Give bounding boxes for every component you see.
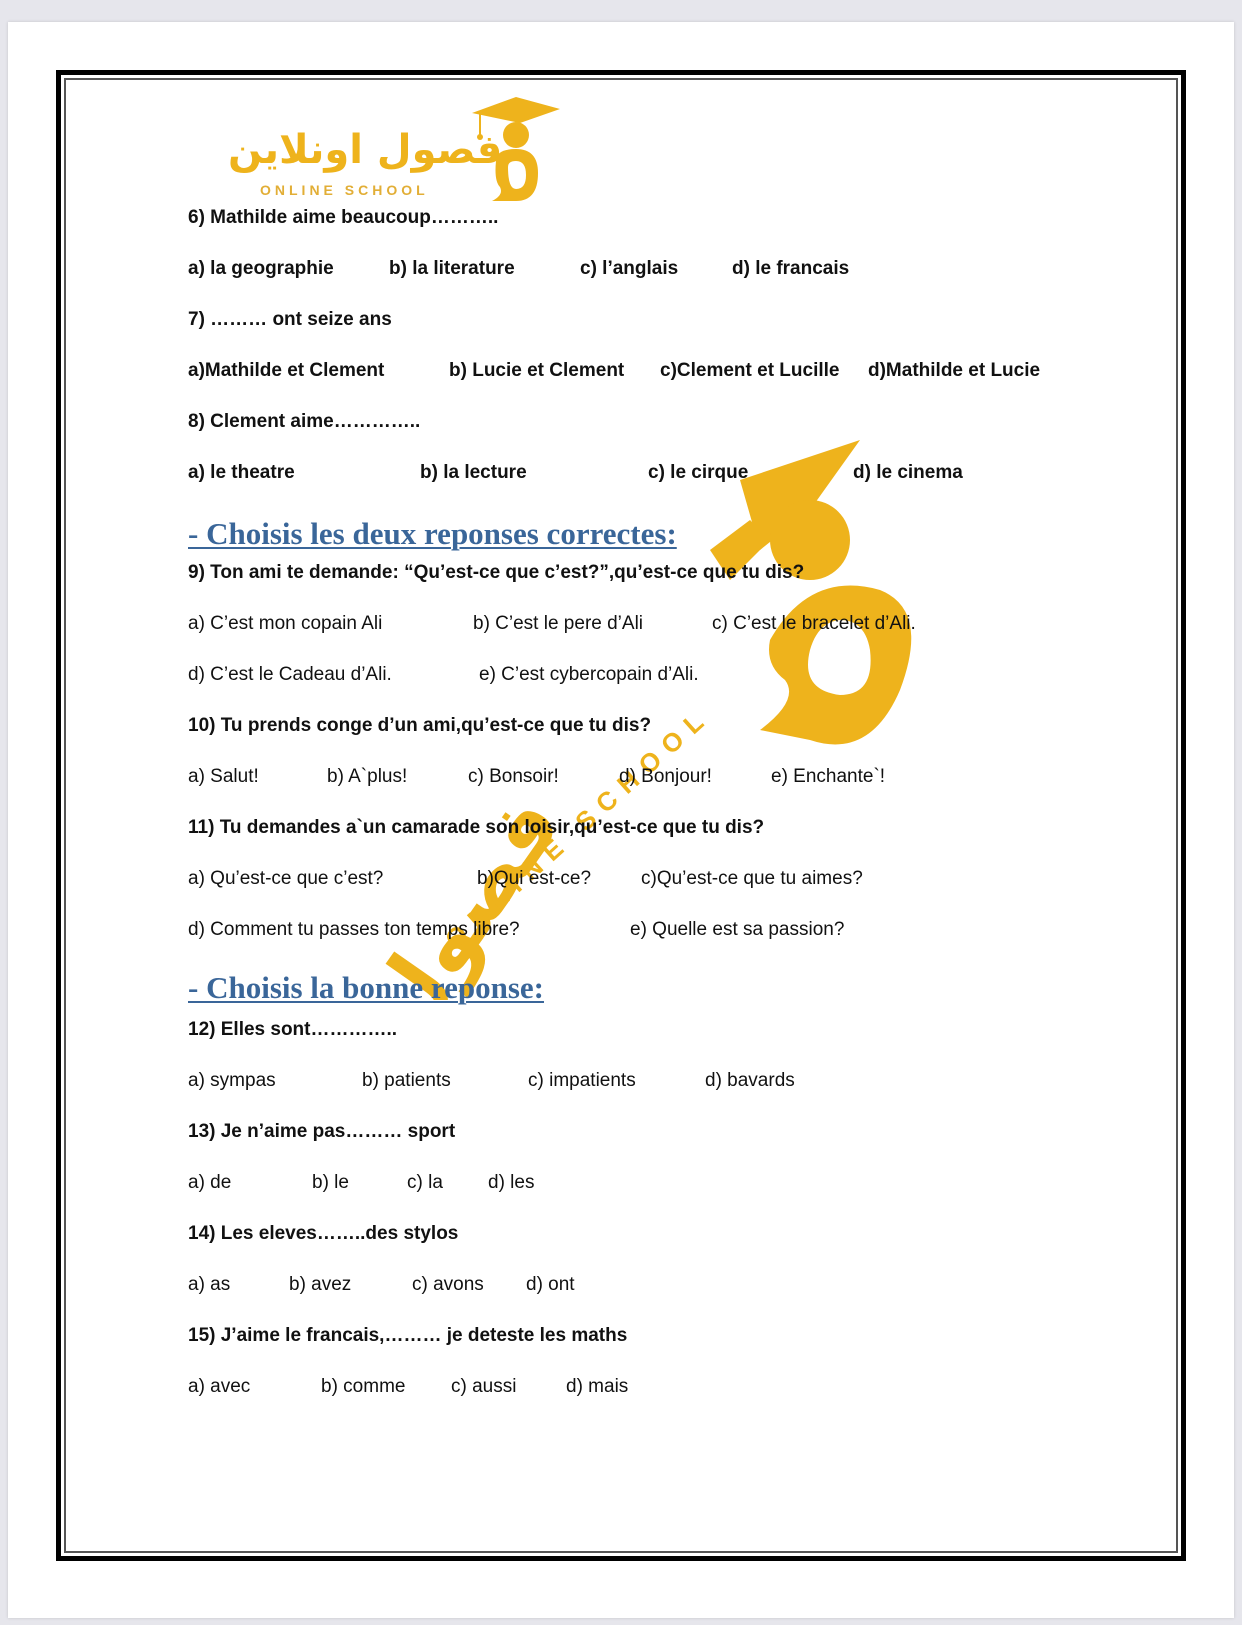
question-14: 14) Les eleves……..des stylos: [188, 1223, 458, 1245]
option-q9-e[interactable]: e) C’est cybercopain d’Ali.: [479, 664, 699, 686]
option-q12-b[interactable]: b) patients: [362, 1070, 451, 1092]
option-q15-c[interactable]: c) aussi: [451, 1376, 516, 1398]
question-11: 11) Tu demandes a`un camarade son loisir…: [188, 817, 764, 839]
question-12: 12) Elles sont…………..: [188, 1019, 397, 1041]
question-15: 15) J’aime le francais,……… je deteste le…: [188, 1325, 627, 1347]
option-q11-e[interactable]: e) Quelle est sa passion?: [630, 919, 844, 941]
option-q13-d[interactable]: d) les: [488, 1172, 534, 1194]
option-q9-c[interactable]: c) C’est le bracelet d’Ali.: [712, 613, 916, 635]
option-q9-b[interactable]: b) C’est le pere d’Ali: [473, 613, 643, 635]
option-q12-c[interactable]: c) impatients: [528, 1070, 636, 1092]
option-q14-b[interactable]: b) avez: [289, 1274, 351, 1296]
option-q10-b[interactable]: b) A`plus!: [327, 766, 407, 788]
option-q13-a[interactable]: a) de: [188, 1172, 231, 1194]
option-q8-b[interactable]: b) la lecture: [420, 462, 527, 484]
option-q12-d[interactable]: d) bavards: [705, 1070, 795, 1092]
option-q12-a[interactable]: a) sympas: [188, 1070, 276, 1092]
option-q10-a[interactable]: a) Salut!: [188, 766, 259, 788]
option-q7-a[interactable]: a)Mathilde et Clement: [188, 360, 384, 382]
option-q11-d[interactable]: d) Comment tu passes ton temps libre?: [188, 919, 520, 941]
option-q11-a[interactable]: a) Qu’est-ce que c’est?: [188, 868, 383, 890]
question-13: 13) Je n’aime pas……… sport: [188, 1121, 455, 1143]
logo-english-text: ONLINE SCHOOL: [260, 182, 429, 198]
option-q10-d[interactable]: d) Bonjour!: [619, 766, 712, 788]
option-q9-a[interactable]: a) C’est mon copain Ali: [188, 613, 382, 635]
option-q8-d[interactable]: d) le cinema: [853, 462, 963, 484]
option-q8-a[interactable]: a) le theatre: [188, 462, 295, 484]
option-q13-b[interactable]: b) le: [312, 1172, 349, 1194]
option-q14-d[interactable]: d) ont: [526, 1274, 575, 1296]
option-q11-b[interactable]: b)Qui est-ce?: [477, 868, 591, 890]
option-q6-d[interactable]: d) le francais: [732, 258, 849, 280]
option-q15-a[interactable]: a) avec: [188, 1376, 250, 1398]
option-q7-d[interactable]: d)Mathilde et Lucie: [868, 360, 1040, 382]
question-9: 9) Ton ami te demande: “Qu’est-ce que c’…: [188, 562, 804, 584]
option-q13-c[interactable]: c) la: [407, 1172, 443, 1194]
option-q10-c[interactable]: c) Bonsoir!: [468, 766, 559, 788]
option-q6-b[interactable]: b) la literature: [389, 258, 515, 280]
option-q6-c[interactable]: c) l’anglais: [580, 258, 678, 280]
option-q14-a[interactable]: a) as: [188, 1274, 230, 1296]
option-q10-e[interactable]: e) Enchante`!: [771, 766, 885, 788]
graduate-cap-logo-icon: [470, 95, 562, 207]
option-q15-d[interactable]: d) mais: [566, 1376, 628, 1398]
question-6: 6) Mathilde aime beaucoup………..: [188, 207, 498, 229]
option-q6-a[interactable]: a) la geographie: [188, 258, 334, 280]
logo-arabic-text: فصول اونلاين: [228, 127, 502, 173]
question-7: 7) ……… ont seize ans: [188, 309, 392, 331]
option-q14-c[interactable]: c) avons: [412, 1274, 484, 1296]
option-q9-d[interactable]: d) C’est le Cadeau d’Ali.: [188, 664, 392, 686]
option-q15-b[interactable]: b) comme: [321, 1376, 405, 1398]
section-title-good-answer: - Choisis la bonne reponse:: [188, 970, 544, 1006]
question-10: 10) Tu prends conge d’un ami,qu’est-ce q…: [188, 715, 651, 737]
option-q8-c[interactable]: c) le cirque: [648, 462, 748, 484]
option-q11-c[interactable]: c)Qu’est-ce que tu aimes?: [641, 868, 863, 890]
option-q7-c[interactable]: c)Clement et Lucille: [660, 360, 840, 382]
option-q7-b[interactable]: b) Lucie et Clement: [449, 360, 624, 382]
question-8: 8) Clement aime…………..: [188, 411, 420, 433]
section-title-two-correct: - Choisis les deux reponses correctes:: [188, 516, 677, 552]
